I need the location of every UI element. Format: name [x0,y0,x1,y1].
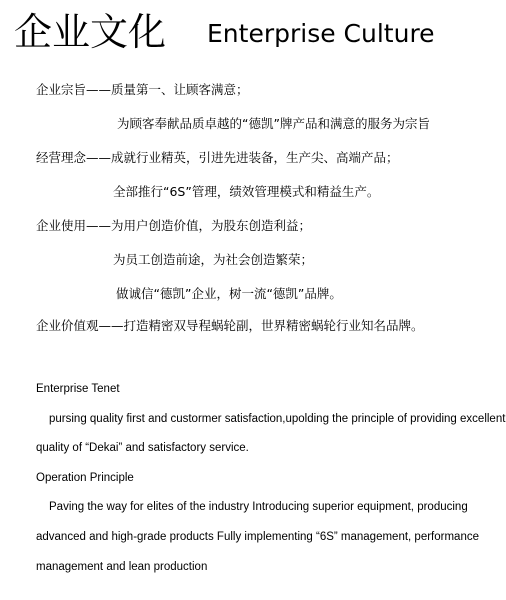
operation-principle-text-3: management and lean production [36,560,207,574]
operation-principle-heading: Operation Principle [36,471,134,485]
enterprise-tenet-text-1: pursing quality first and custormer sati… [49,412,505,426]
operation-principle-text-1: Paving the way for elites of the industr… [49,500,468,514]
enterprise-mission-cn-detail-2: 做诚信“德凯”企业，树一流“德凯”品牌。 [116,286,342,302]
enterprise-tenet-cn-detail: 为顾客奉献品质卓越的“德凯”牌产品和满意的服务为宗旨 [117,116,430,132]
enterprise-tenet-text-2: quality of “Dekai” and satisfactory serv… [36,441,249,455]
enterprise-values-cn: 企业价值观——打造精密双导程蜗轮副，世界精密蜗轮行业知名品牌。 [36,318,424,334]
enterprise-mission-cn: 企业使用——为用户创造价值，为股东创造利益； [36,218,311,234]
page-title-english: Enterprise Culture [207,18,435,50]
enterprise-tenet-cn: 企业宗旨——质量第一、让顾客满意； [36,82,249,98]
operation-principle-cn-detail: 全部推行“6S”管理，绩效管理模式和精益生产。 [113,184,379,200]
enterprise-tenet-heading: Enterprise Tenet [36,382,120,396]
page-title-chinese: 企业文化 [14,10,166,54]
enterprise-mission-cn-detail-1: 为员工创造前途，为社会创造繁荣； [113,252,313,268]
operation-principle-text-2: advanced and high-grade products Fully i… [36,530,479,544]
operation-principle-cn: 经营理念——成就行业精英，引进先进装备，生产尖、高端产品； [36,150,399,166]
